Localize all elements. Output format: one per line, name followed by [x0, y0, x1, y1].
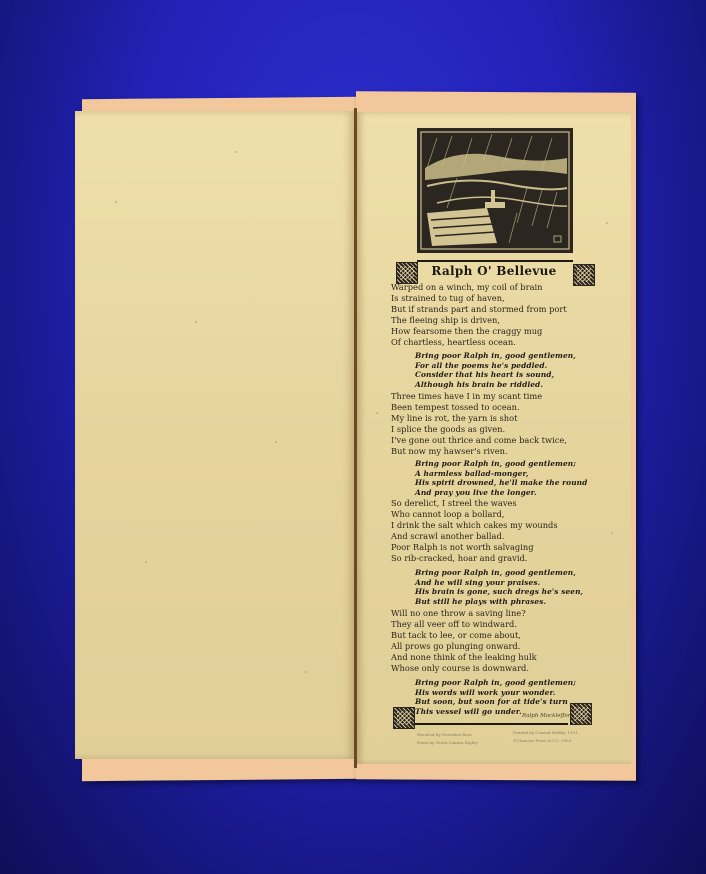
poem-signature: Ralph Mocklefford	[522, 713, 574, 719]
verse-line: Been tempest tossed to ocean.	[391, 402, 567, 413]
chorus-1: Bring poor Ralph in, good gentlemen, For…	[415, 351, 576, 390]
woodcut-boat-storm-icon	[417, 128, 573, 253]
left-page-blank	[75, 111, 356, 759]
verse-line: But if strands part and stormed from por…	[391, 304, 567, 315]
chorus-line: Consider that his heart is sound,	[415, 370, 576, 380]
corner-ornament-icon	[396, 262, 418, 284]
stanza-2: Three times have I in my scant time Been…	[391, 391, 567, 458]
verse-line: My line is rot, the yarn is shot	[391, 413, 567, 424]
verse-line: I splice the goods as given.	[391, 424, 567, 435]
chorus-line: Bring poor Ralph in, good gentlemen,	[415, 568, 583, 578]
verse-line: Of chartless, heartless ocean.	[391, 337, 567, 348]
chorus-line: Bring poor Ralph in, good gentlemen;	[415, 459, 587, 469]
chorus-line: But soon, but soon for at tide's turn	[415, 697, 576, 707]
verse-line: So derelict, I streel the waves	[391, 498, 558, 509]
verse-line: I've gone out thrice and come back twice…	[391, 435, 567, 446]
chorus-line: Bring poor Ralph in, good gentlemen;	[415, 678, 576, 688]
stanza-4: Will no one throw a saving line? They al…	[391, 608, 537, 675]
verse-line: Whose only course is downward.	[391, 663, 537, 674]
verse-line: But tack to lee, or come about,	[391, 630, 537, 641]
chorus-line: For all the poems he's peddled.	[415, 361, 576, 371]
verse-line: How fearsome then the craggy mug	[391, 326, 567, 337]
open-booklet: Ralph O' Bellevue Warped on a winch, my …	[0, 0, 706, 874]
verse-line: Is strained to tug of haven,	[391, 293, 567, 304]
corner-ornament-icon	[570, 703, 592, 725]
verse-line: Three times have I in my scant time	[391, 391, 567, 402]
stanza-1: Warped on a winch, my coil of brain Is s…	[391, 282, 567, 349]
verse-line: Will no one throw a saving line?	[391, 608, 537, 619]
verse-line: So rib-cracked, hoar and gravid.	[391, 553, 558, 564]
chorus-line: A harmless ballad-monger,	[415, 469, 587, 479]
verse-line: And scrawl another ballad.	[391, 531, 558, 542]
stanza-3: So derelict, I streel the waves Who cann…	[391, 498, 558, 565]
credit-line: Printed by Conrad Shelby, 1951	[513, 729, 578, 737]
chorus-line: His brain is gone, such dregs he's seen,	[415, 587, 583, 597]
chorus-line: And pray you live the longer.	[415, 488, 587, 498]
verse-line: They all veer off to windward.	[391, 619, 537, 630]
verse-line: Poor Ralph is not worth salvaging	[391, 542, 558, 553]
verse-line: Warped on a winch, my coil of brain	[391, 282, 567, 293]
chorus-3: Bring poor Ralph in, good gentlemen, And…	[415, 568, 583, 607]
credits-left: Woodcut by Dorothea Ross Poem by Victor …	[417, 731, 478, 747]
title-rule	[417, 260, 573, 262]
chorus-line: His spirit drowned, he'll make the round	[415, 478, 587, 488]
chorus-line: And he will sing your praises.	[415, 578, 583, 588]
chorus-line: Although his brain be riddled.	[415, 380, 576, 390]
chorus-line: Bring poor Ralph in, good gentlemen,	[415, 351, 576, 361]
verse-line: I drink the salt which cakes my wounds	[391, 520, 558, 531]
chorus-4: Bring poor Ralph in, good gentlemen; His…	[415, 678, 576, 717]
verse-line: But now my hawser's riven.	[391, 446, 567, 457]
chorus-line: But still he plays with phrases.	[415, 597, 583, 607]
verse-line: Who cannot loop a bollard,	[391, 509, 558, 520]
page-gutter	[354, 108, 357, 768]
chorus-2: Bring poor Ralph in, good gentlemen; A h…	[415, 459, 587, 498]
credit-line: ©Clancier Press N.Y.C. 1959	[513, 737, 578, 745]
chorus-line: His words will work your wonder.	[415, 688, 576, 698]
credit-line: Poem by Victor Lannes Kigley	[417, 739, 478, 747]
credits-right: Printed by Conrad Shelby, 1951 ©Clancier…	[513, 729, 578, 745]
corner-ornament-icon	[393, 707, 415, 729]
verse-line: The fleeing ship is driven,	[391, 315, 567, 326]
verse-line: And none think of the leaking hulk	[391, 652, 537, 663]
woodcut-illustration	[417, 128, 573, 253]
verse-line: All prows go plunging onward.	[391, 641, 537, 652]
corner-ornament-icon	[573, 264, 595, 286]
footer-rule	[415, 723, 568, 725]
credit-line: Woodcut by Dorothea Ross	[417, 731, 478, 739]
poem-title: Ralph O' Bellevue	[418, 264, 570, 278]
